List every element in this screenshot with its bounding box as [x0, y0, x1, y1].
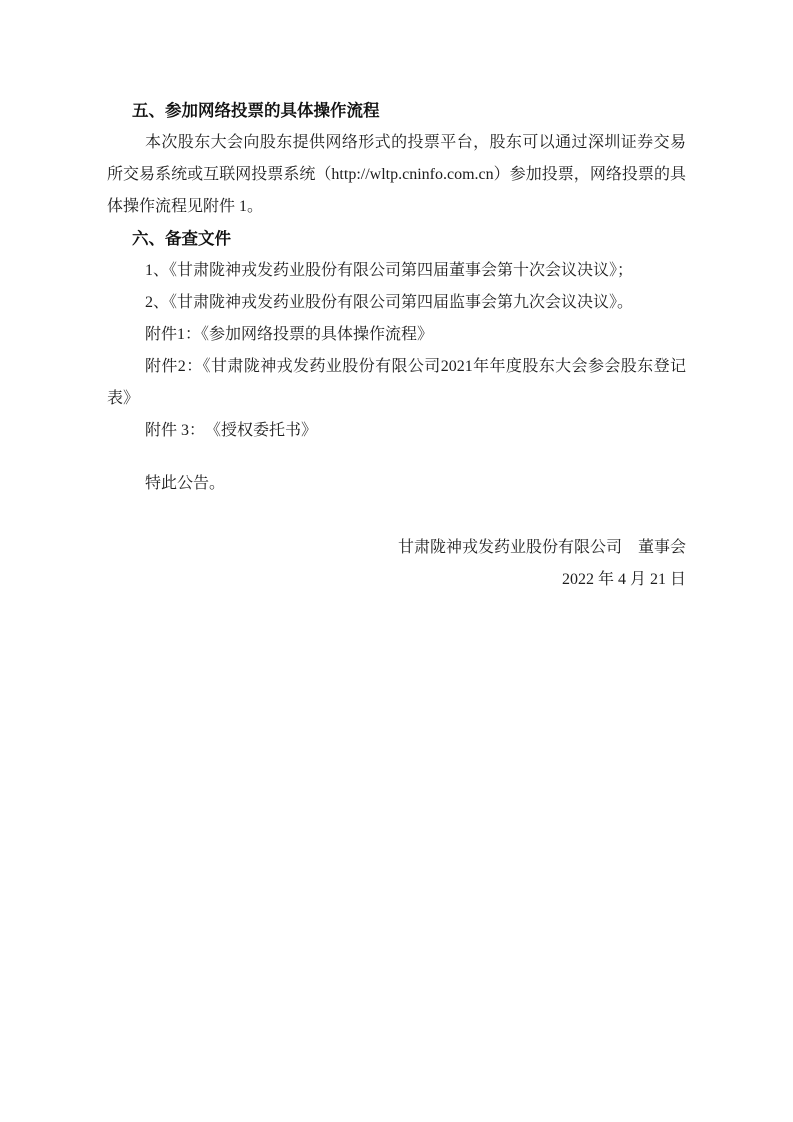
- announcement-content: 五、参加网络投票的具体操作流程 本次股东大会向股东提供网络形式的投票平台，股东可…: [107, 95, 686, 596]
- section-5-heading: 五、参加网络投票的具体操作流程: [107, 95, 686, 127]
- section-6-heading: 六、备查文件: [107, 223, 686, 255]
- reference-document-2: 2、《甘肃陇神戎发药业股份有限公司第四届监事会第九次会议决议》。: [107, 287, 686, 319]
- document-page: 五、参加网络投票的具体操作流程 本次股东大会向股东提供网络形式的投票平台，股东可…: [0, 0, 793, 1122]
- section-5-paragraph: 本次股东大会向股东提供网络形式的投票平台，股东可以通过深圳证券交易所交易系统或互…: [107, 127, 686, 223]
- signature-company: 甘肃陇神戎发药业股份有限公司 董事会: [107, 532, 686, 564]
- attachment-2: 附件2：《甘肃陇神戎发药业股份有限公司2021年年度股东大会参会股东登记表》: [107, 351, 686, 415]
- reference-document-1: 1、《甘肃陇神戎发药业股份有限公司第四届董事会第十次会议决议》；: [107, 255, 686, 287]
- closing-statement: 特此公告。: [107, 468, 686, 500]
- signature-date: 2022 年 4 月 21 日: [107, 564, 686, 596]
- attachment-3: 附件 3： 《授权委托书》: [107, 415, 686, 447]
- attachment-1: 附件1：《参加网络投票的具体操作流程》: [107, 319, 686, 351]
